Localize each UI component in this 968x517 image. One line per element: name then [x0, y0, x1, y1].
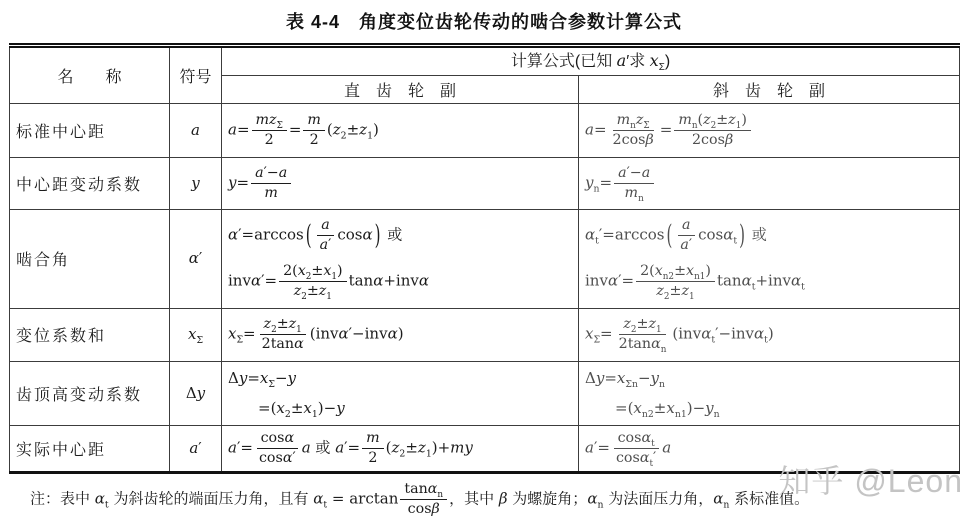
table-row: 中心距变动系数 y y=a′−am yn=a′−amn: [10, 157, 960, 209]
table-footnote: 注：表中 αt 为斜齿轮的端面压力角，且有 αt = arctantanαnco…: [30, 481, 968, 517]
helical-formula: αt′=arccos(aa′cosαt) 或invα′=2(xn2±xn1)z2…: [579, 209, 960, 308]
column-header-name: 名 称: [10, 46, 170, 104]
row-name: 变位系数和: [10, 308, 170, 361]
page-title: 表 4-4 角度变位齿轮传动的啮合参数计算公式: [0, 0, 968, 34]
column-header-formula-group: 计算公式(已知 a′求 xΣ): [222, 46, 960, 76]
row-name: 标准中心距: [10, 103, 170, 157]
helical-formula: a′=cosαtcosαt′a: [579, 425, 960, 472]
spur-formula: Δy=xΣ−y=(x2±x1)−y: [222, 361, 579, 425]
row-name: 啮合角: [10, 209, 170, 308]
table-row: 变位系数和 xΣ xΣ=z2±z12tanα(invα′−invα) xΣ=z2…: [10, 308, 960, 361]
row-symbol: xΣ: [170, 308, 222, 361]
helical-formula: Δy=xΣn−yn=(xn2±xn1)−yn: [579, 361, 960, 425]
helical-formula: yn=a′−amn: [579, 157, 960, 209]
table-row: 啮合角 α′ α′=arccos(aa′cosα) 或invα′=2(x2±x1…: [10, 209, 960, 308]
row-name: 中心距变动系数: [10, 157, 170, 209]
spur-formula: xΣ=z2±z12tanα(invα′−invα): [222, 308, 579, 361]
row-symbol: a: [170, 103, 222, 157]
header-row-1: 名 称 符号 计算公式(已知 a′求 xΣ): [10, 46, 960, 76]
row-name: 实际中心距: [10, 425, 170, 472]
table-row: 齿顶高变动系数 Δy Δy=xΣ−y=(x2±x1)−y Δy=xΣn−yn=(…: [10, 361, 960, 425]
table-row: 标准中心距 a a=mzΣ2=m2(z2±z1) a=mnzΣ2cosβ=mn(…: [10, 103, 960, 157]
helical-formula: a=mnzΣ2cosβ=mn(z2±z1)2cosβ: [579, 103, 960, 157]
spur-formula: a′=cosαcosα′a 或 a′=m2(z2±z1)+my: [222, 425, 579, 472]
helical-formula: xΣ=z2±z12tanαn(invαt′−invαt): [579, 308, 960, 361]
row-symbol: a′: [170, 425, 222, 472]
row-symbol: Δy: [170, 361, 222, 425]
spur-formula: a=mzΣ2=m2(z2±z1): [222, 103, 579, 157]
spur-formula: α′=arccos(aa′cosα) 或invα′=2(x2±x1)z2±z1t…: [222, 209, 579, 308]
column-header-spur: 直 齿 轮 副: [222, 75, 579, 103]
table-row: 实际中心距 a′ a′=cosαcosα′a 或 a′=m2(z2±z1)+my…: [10, 425, 960, 472]
row-symbol: α′: [170, 209, 222, 308]
row-name: 齿顶高变动系数: [10, 361, 170, 425]
row-symbol: y: [170, 157, 222, 209]
column-header-symbol: 符号: [170, 46, 222, 104]
column-header-helical: 斜 齿 轮 副: [579, 75, 960, 103]
spur-formula: y=a′−am: [222, 157, 579, 209]
gear-parameters-table: 名 称 符号 计算公式(已知 a′求 xΣ) 直 齿 轮 副 斜 齿 轮 副 标…: [9, 43, 960, 474]
